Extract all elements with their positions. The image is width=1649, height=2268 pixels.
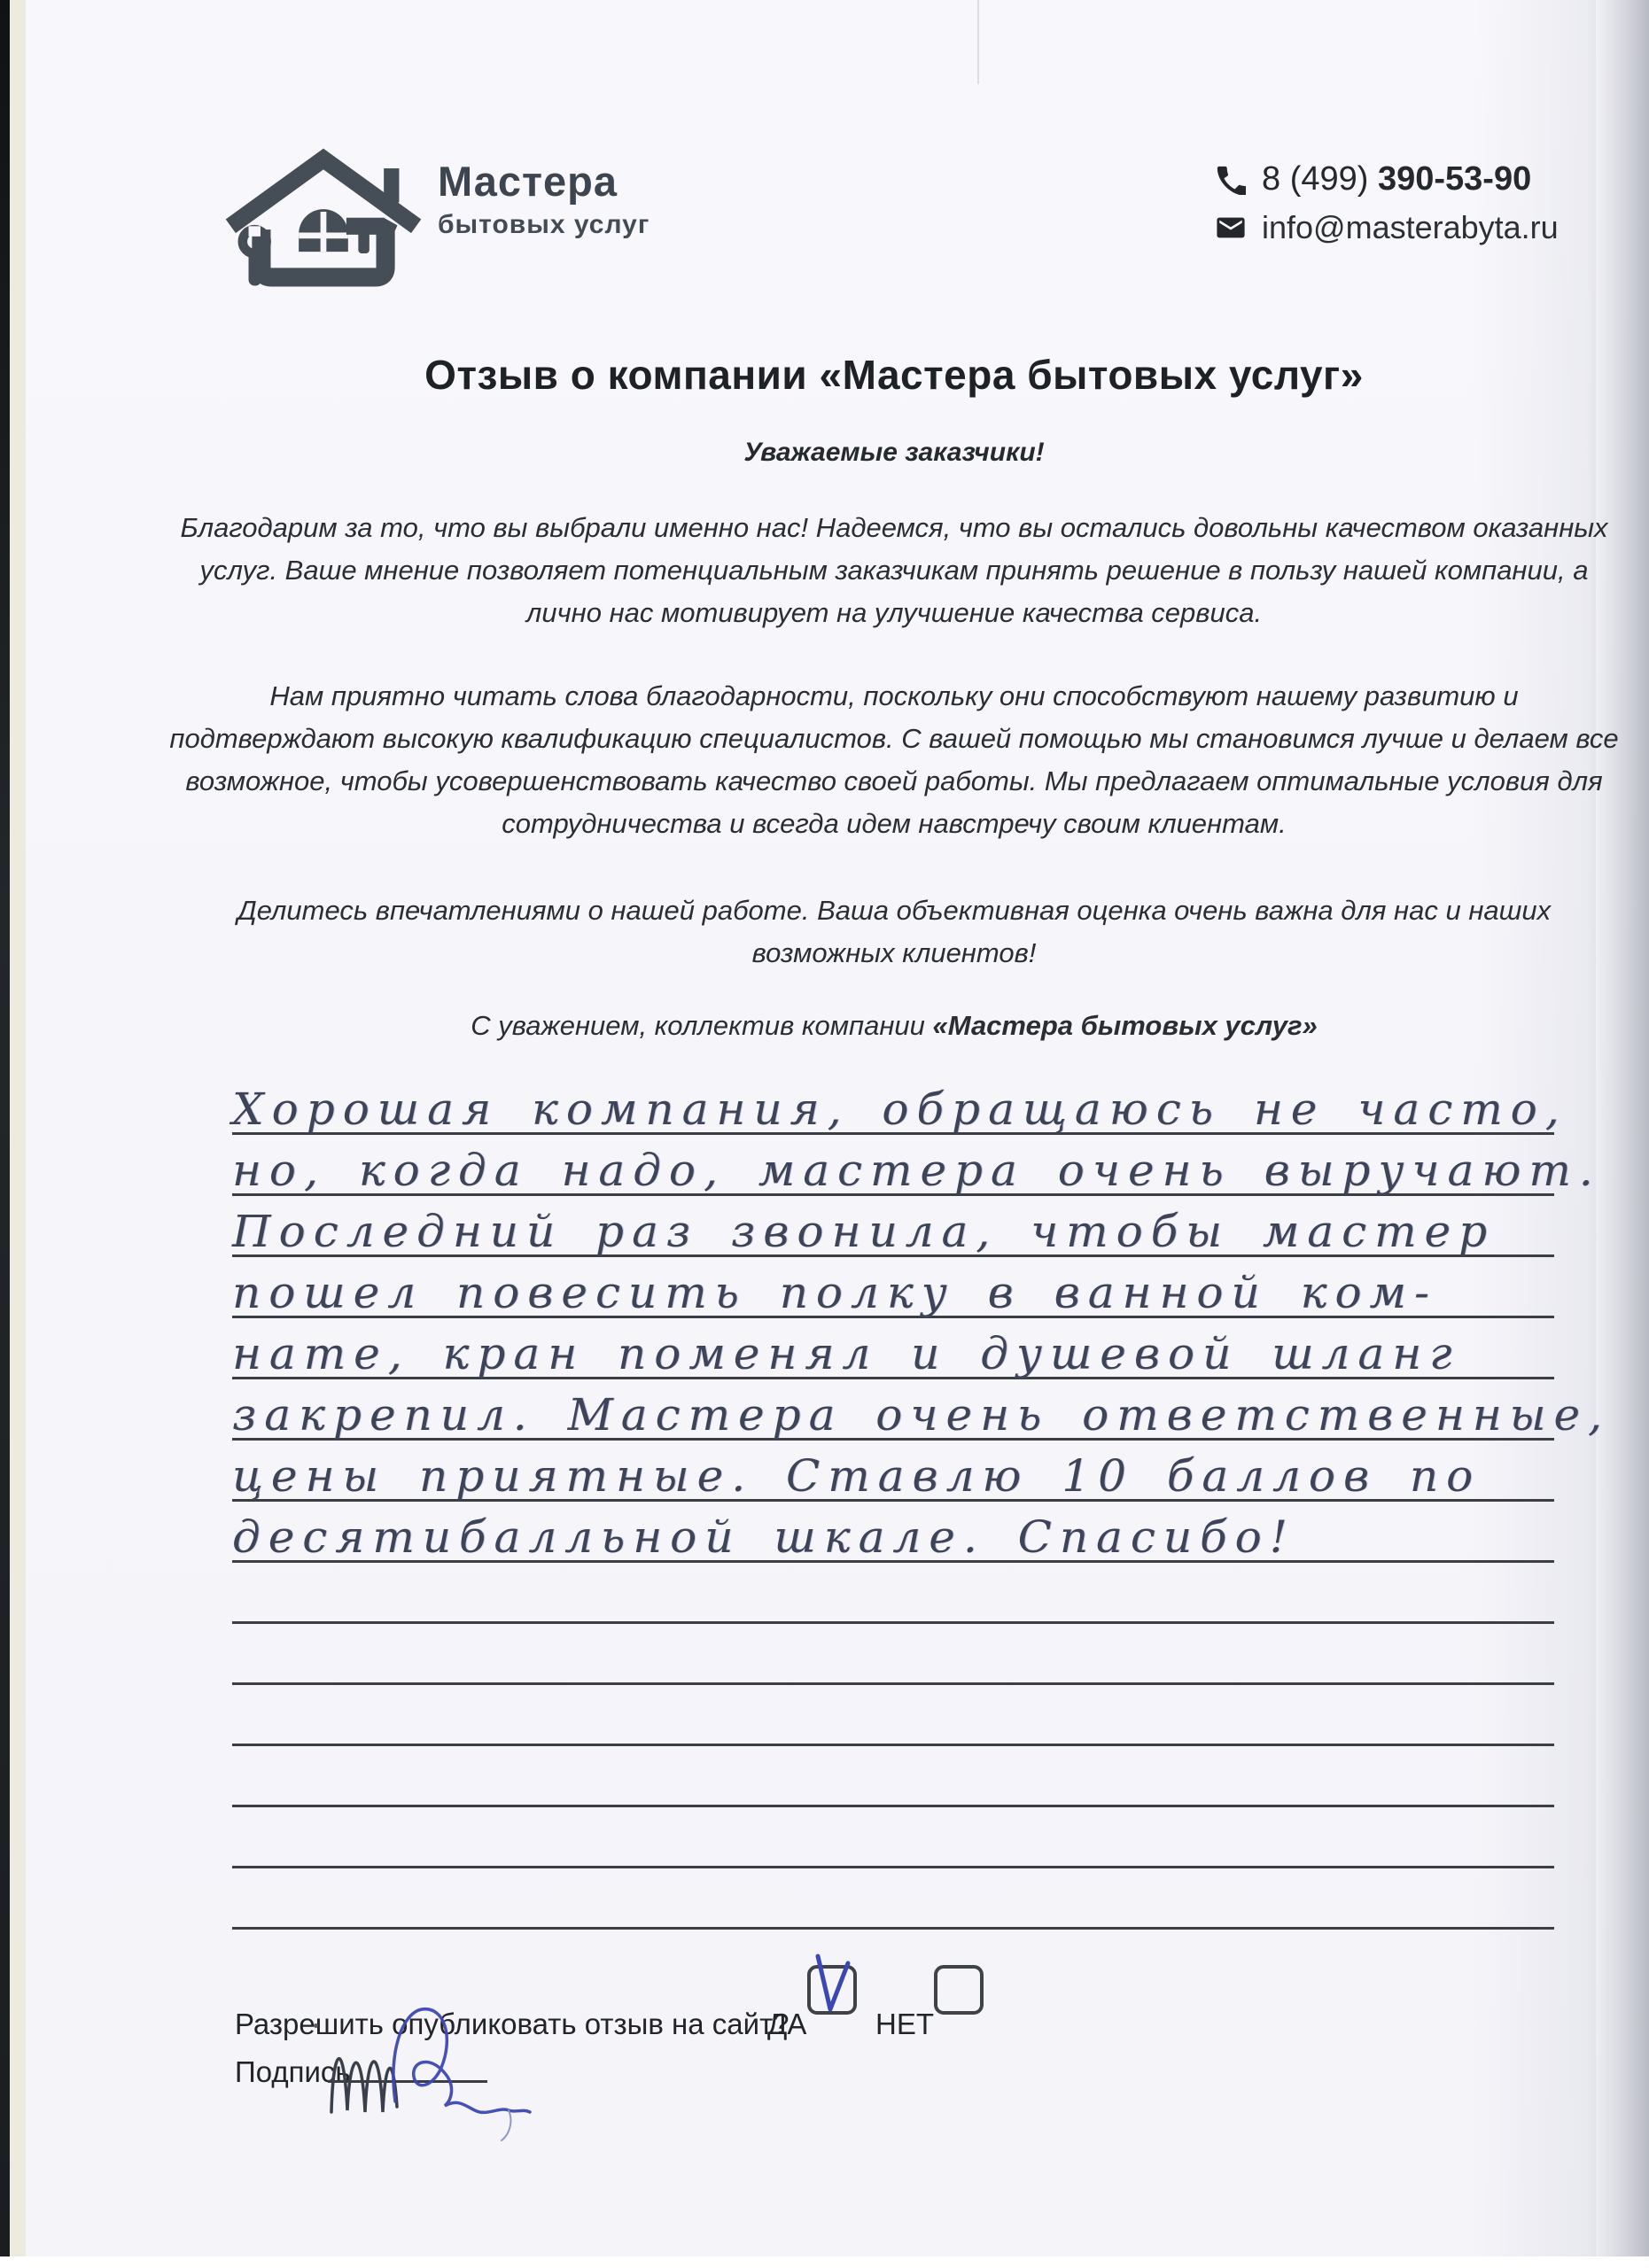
page-title: Отзыв о компании «Мастера бытовых услуг» (165, 351, 1623, 399)
closing-prefix: С уважением, коллектив компании (471, 1010, 932, 1041)
ruled-line-empty (232, 1868, 1554, 1930)
phone-prefix: 8 (499) (1262, 160, 1378, 198)
phone-icon (1216, 165, 1246, 195)
closing-line: С уважением, коллектив компании «Мастера… (165, 1010, 1623, 1042)
ruled-line-empty (232, 1624, 1554, 1685)
phone-number-bold: 390-53-90 (1378, 160, 1531, 198)
scan-right-shadow (1587, 0, 1649, 2257)
handwritten-text: Последний раз звонила, чтобы мастер (232, 1202, 1554, 1261)
ruled-line-empty (232, 1807, 1554, 1868)
closing-company-name: «Мастера бытовых услуг» (933, 1010, 1318, 1041)
scanned-review-form: Мастера бытовых услуг 8 (499) 390-53-90 … (0, 0, 1649, 2268)
intro-paragraph-3: Делитесь впечатлениями о нашей работе. В… (165, 889, 1623, 975)
ruled-line-empty (232, 1685, 1554, 1746)
ruled-line-empty (232, 1563, 1554, 1624)
phone-number: 8 (499) 390-53-90 (1262, 160, 1531, 198)
company-tagline: бытовых услуг (438, 212, 649, 238)
handwritten-text: Хорошая компания, обращаюсь не часто, (232, 1080, 1554, 1138)
contact-block: 8 (499) 390-53-90 info@masterabyta.ru (1216, 160, 1570, 257)
scan-left-edge (0, 0, 10, 2257)
handwritten-text: но, когда надо, мастера очень выручают. (232, 1141, 1554, 1200)
intro-paragraph-2: Нам приятно читать слова благодарности, … (165, 675, 1623, 845)
email-address: info@masterabyta.ru (1262, 209, 1559, 246)
ruled-line: но, когда надо, мастера очень выручают. (232, 1135, 1554, 1196)
ruled-line: закрепил. Мастера очень ответственные, (232, 1379, 1554, 1441)
handwritten-text: нате, кран поменял и душевой шланг (232, 1324, 1554, 1383)
no-checkbox[interactable] (934, 1965, 984, 2015)
yes-label: ДА (767, 2008, 806, 2041)
company-logo-text: Мастера бытовых услуг (438, 160, 649, 238)
handwritten-text: пошел повесить полку в ванной ком- (232, 1263, 1554, 1322)
review-writing-area: Хорошая компания, обращаюсь не часто, но… (232, 1074, 1554, 1930)
company-logo-house-icon (217, 146, 430, 299)
ruled-line-empty (232, 1746, 1554, 1807)
yes-checkmark-icon (812, 1953, 854, 2016)
handwritten-signature (326, 1999, 539, 2145)
ruled-line: нате, кран поменял и душевой шланг (232, 1318, 1554, 1379)
phone-row: 8 (499) 390-53-90 (1216, 160, 1570, 198)
yes-checkbox[interactable] (807, 1965, 857, 2015)
no-label: НЕТ (875, 2008, 934, 2041)
ink-dot (314, 2023, 318, 2028)
ruled-line: пошел повесить полку в ванной ком- (232, 1257, 1554, 1318)
scan-left-margin (10, 0, 26, 2257)
email-icon (1216, 213, 1246, 243)
handwritten-text: десятибалльной шкале. Спасибо! (232, 1508, 1554, 1566)
handwritten-text: закрепил. Мастера очень ответственные, (232, 1386, 1554, 1444)
handwritten-text: цены приятные. Ставлю 10 баллов по (232, 1447, 1554, 1505)
email-row: info@masterabyta.ru (1216, 209, 1570, 246)
ruled-line: Последний раз звонила, чтобы мастер (232, 1196, 1554, 1257)
scan-bottom-edge (0, 2256, 1649, 2268)
paper-crease (977, 0, 979, 84)
intro-paragraph-1: Благодарим за то, что вы выбрали именно … (165, 507, 1623, 634)
company-name: Мастера (438, 160, 649, 202)
salutation: Уважаемые заказчики! (165, 438, 1623, 468)
ruled-line: Хорошая компания, обращаюсь не часто, (232, 1074, 1554, 1135)
ruled-line: цены приятные. Ставлю 10 баллов по (232, 1441, 1554, 1502)
ruled-line: десятибалльной шкале. Спасибо! (232, 1502, 1554, 1563)
